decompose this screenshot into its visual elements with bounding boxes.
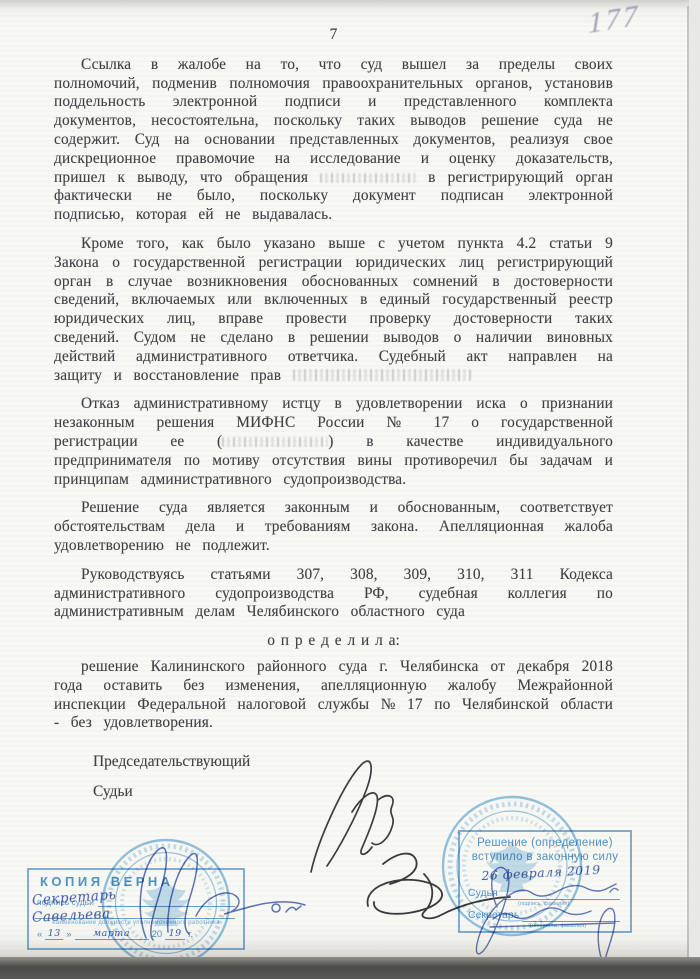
paragraph-text: Кроме того, как было указано выше с учет… [54, 235, 613, 384]
year-prefix: 20 [152, 929, 163, 940]
paragraph-guided-by-articles: Руководствуясь статьями 307, 308, 309, 3… [54, 566, 613, 622]
paragraph-refusal-reason: Отказ административному истцу в удовлетв… [54, 395, 613, 489]
secretary-label: Секретарь [468, 909, 519, 921]
paragraph-final-ruling: решение Калининского районного суда г. Ч… [54, 658, 613, 733]
quote-mark: « [37, 929, 42, 940]
judge-caption: (подпись, фамилия) [518, 901, 569, 907]
handwritten-day: 13 [48, 928, 61, 939]
presiding-judge-label: Председательствующий [93, 753, 613, 772]
judge-signature-line [504, 899, 620, 900]
paragraph-decision-lawful: Решение суда является законным и обоснов… [54, 499, 613, 555]
redacted-name-blur [293, 369, 471, 381]
scan-bottom-band [0, 957, 700, 979]
stamp-date-row: « 13 » марта 20 19 г. [37, 928, 237, 940]
paragraph-text: Ссылка в жалобе на то, что суд вышел за … [54, 56, 613, 186]
legal-force-stamp: Решение (определение) вступило в законну… [458, 830, 632, 933]
scan-right-gutter [689, 0, 700, 957]
handwritten-force-date: 26 февраля 2019 [460, 861, 623, 884]
handwritten-year: 19 [169, 928, 182, 939]
page-number: 7 [54, 26, 613, 45]
secretary-signature-line [522, 921, 620, 922]
page-edge-line [687, 6, 689, 957]
date-suffix: г. [188, 929, 193, 940]
force-stamp-line1: Решение (определение) [460, 837, 630, 849]
document-text-column: 7 Ссылка в жалобе на то, что суд вышел з… [54, 26, 613, 813]
redacted-name-blur [320, 173, 416, 183]
resolution-heading: о п р е д е л и л а: [54, 632, 613, 651]
secretary-caption: (инициалы, фамилия) [530, 923, 586, 929]
copy-certified-stamp: КОПИЯ ВЕРНА подпись судьи наименование д… [27, 868, 245, 950]
paragraph-appeal-argument: Ссылка в жалобе на то, что суд вышел за … [54, 56, 613, 225]
judge-label: Судья [468, 887, 498, 899]
handwritten-month: марта [93, 928, 130, 939]
scanned-court-document: 177 7 Ссылка в жалобе на то, что суд выш… [0, 0, 700, 979]
paragraph-registration-law: Кроме того, как было указано выше с учет… [54, 235, 613, 385]
quote-mark: » [66, 929, 71, 940]
redacted-name-blur [222, 437, 328, 447]
signature-line [98, 896, 235, 907]
